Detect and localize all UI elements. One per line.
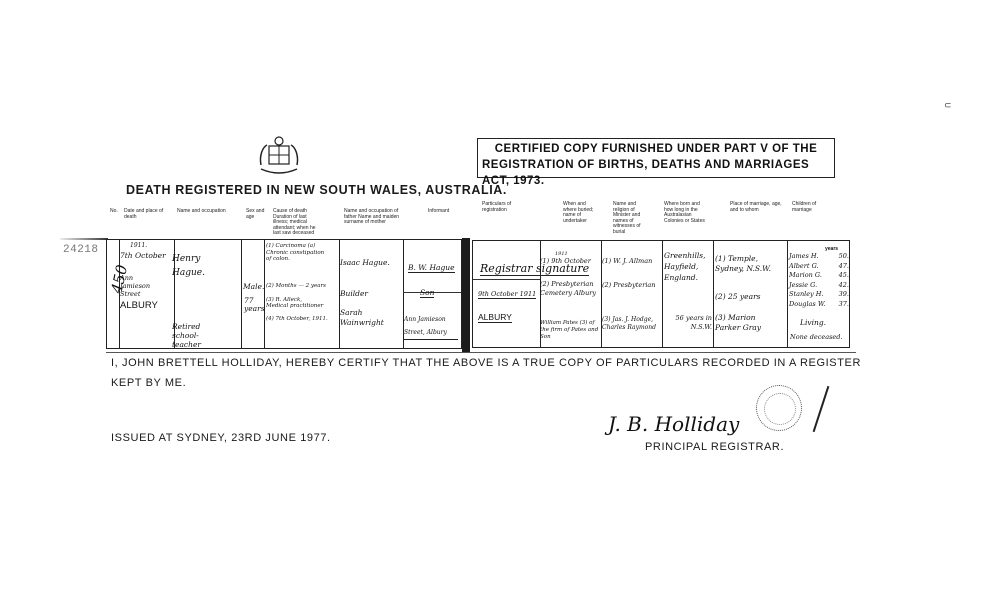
coat-of-arms-icon [255, 135, 303, 177]
header-children: Children of marriage [792, 202, 826, 213]
header-birthplace: Where born and how long in the Australas… [664, 202, 706, 224]
death-place-town: ALBURY [120, 300, 158, 311]
marriage-age: (2) 25 years [715, 292, 761, 301]
child-row: Stanley H.39. [789, 290, 849, 300]
registrar-signature: J. B. Holliday [608, 412, 739, 436]
father-occupation: Builder [340, 289, 368, 298]
certification-continued: KEPT BY ME. [111, 377, 186, 389]
last-seen-date: (4) 7th October, 1911. [266, 316, 328, 322]
minister-name: (1) W. J. Allman [602, 257, 652, 265]
register-number: 24218 [63, 244, 99, 256]
children-list: James H.50. Albert G.47. Marion G.45. Je… [789, 252, 849, 309]
cert-box-line-1: CERTIFIED COPY FURNISHED UNDER PART V OF… [482, 141, 830, 157]
certified-copy-box: CERTIFIED COPY FURNISHED UNDER PART V OF… [477, 138, 835, 178]
registration-place: ALBURY [478, 312, 512, 323]
marriage-place: (1) Temple, Sydney, N.S.W. [715, 254, 773, 274]
children-living: Living. [800, 318, 826, 327]
undertaker: William Pates (3) of the firm of Pates a… [540, 320, 602, 341]
header-sex-age: Sex and age [246, 209, 268, 220]
death-date: 7th October [120, 251, 166, 260]
informant-address: Ann Jamieson Street, Albury [404, 313, 458, 340]
binding-spine [462, 238, 470, 352]
child-row: Albert G.47. [789, 262, 849, 272]
child-row: Jessie G.42. [789, 281, 849, 291]
child-row: Douglas W.37. [789, 300, 849, 310]
header-name-occupation: Name and occupation [177, 209, 237, 215]
header-cause-of-death: Cause of death Duration of last illness;… [273, 209, 323, 237]
informant-name: B. W. Hague [408, 263, 455, 273]
cause-of-death: (1) Carcinoma (a) Chronic constipation o… [266, 243, 326, 263]
child-row: James H.50. [789, 252, 849, 262]
deceased-occupation: Retired school-teacher [172, 322, 220, 349]
birthplace: Greenhills, Hayfield, England. [664, 250, 714, 283]
header-registration: Particulars of registration [482, 202, 522, 213]
corner-mark: ⊂ [944, 100, 952, 111]
deceased-age: 77 years [244, 297, 262, 313]
marriage-spouse: (3) Marion Parker Gray [715, 313, 773, 333]
header-minister: Name and religion of Minister and names … [613, 202, 645, 235]
pen-stroke [813, 386, 830, 432]
header-informant: Informant [428, 209, 456, 215]
header-burial: When and where buried; name of undertake… [563, 202, 599, 224]
death-place-street: Ann Jamieson Street [120, 274, 160, 298]
header-father-mother: Name and occupation of father Name and m… [344, 209, 402, 226]
children-deceased: None deceased. [790, 333, 842, 341]
deceased-name: Henry Hague. [172, 252, 212, 280]
document-title: DEATH REGISTERED IN NEW SOUTH WALES, AUS… [126, 183, 507, 197]
official-seal-icon [756, 385, 802, 431]
header-date-place: Date and place of death [124, 209, 168, 220]
burial-place: (2) Presbyterian Cemetery Albury [540, 280, 602, 298]
burial-witnesses: (3) Jas. J. Hodge, Charles Raymond [602, 316, 662, 332]
registration-date: 9th October 1911 [478, 290, 536, 299]
table-bottom-rule [106, 352, 856, 353]
cert-box-line-2: REGISTRATION OF BIRTHS, DEATHS AND MARRI… [482, 157, 830, 189]
father-name: Isaac Hague. [340, 257, 395, 268]
death-year: 1911. [130, 242, 147, 249]
years-in-colony: 56 years in N.S.W. [664, 314, 712, 332]
header-marriage: Place of marriage, age, and to whom [730, 202, 782, 213]
mother-name: Sarah Wainwright [340, 308, 395, 328]
rule [60, 238, 108, 240]
deceased-sex: Male. [243, 282, 264, 291]
certification-statement: I, JOHN BRETTELL HOLLIDAY, HEREBY CERTIF… [111, 357, 861, 369]
illness-duration: (2) Months — 2 years [266, 283, 326, 289]
minister-religion: (2) Presbyterian [602, 281, 655, 289]
medical-attendant: (3) R. Alleck, Medical practitioner [266, 297, 326, 309]
child-row: Marion G.45. [789, 271, 849, 281]
informant-relation: Son [420, 288, 434, 298]
burial-date: (1) 9th October [540, 257, 591, 265]
issued-date: ISSUED AT SYDNEY, 23RD JUNE 1977. [111, 432, 331, 444]
registrar-title: PRINCIPAL REGISTRAR. [645, 441, 784, 453]
header-no: No. [110, 209, 124, 215]
